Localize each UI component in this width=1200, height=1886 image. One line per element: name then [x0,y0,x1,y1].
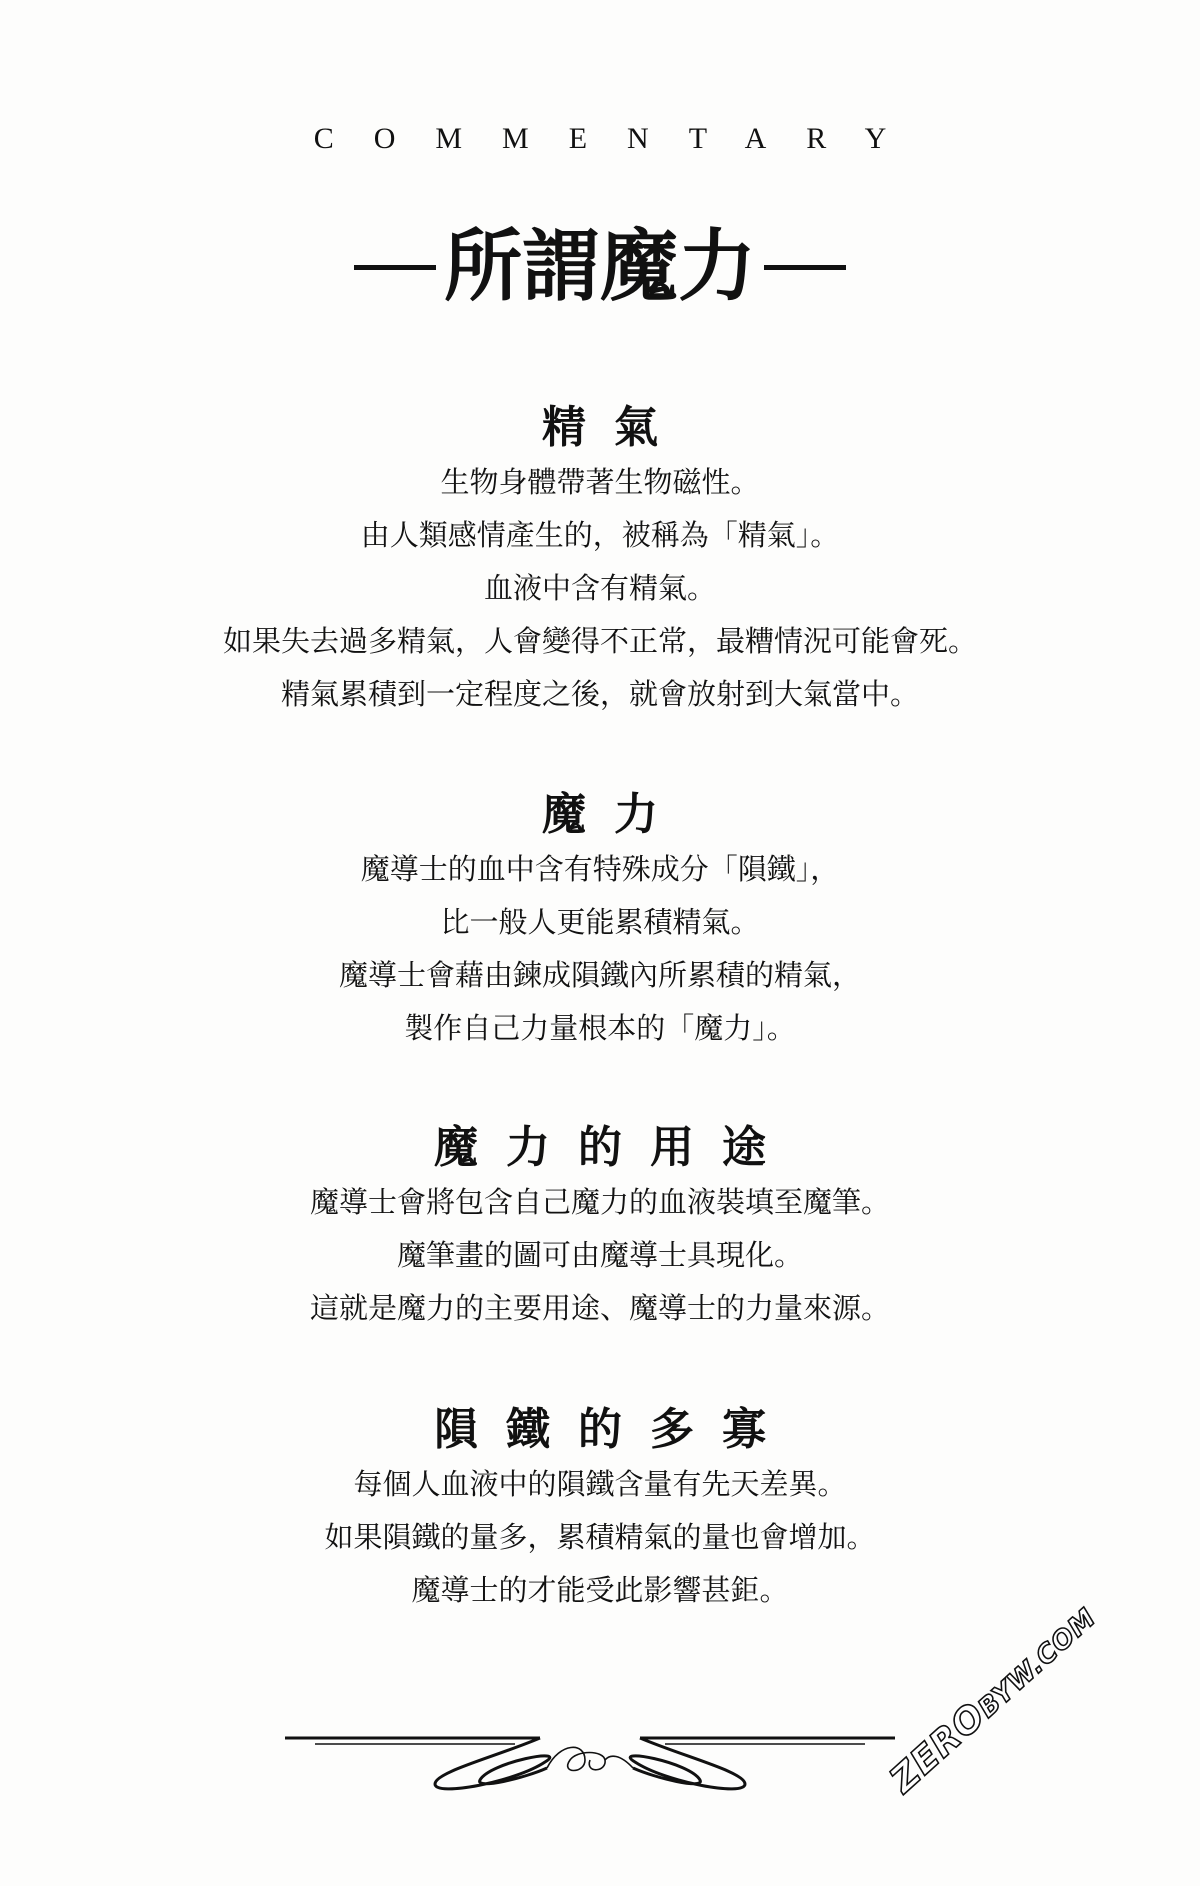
section-line: 製作自己力量根本的「魔力」。 [0,1002,1200,1055]
section-line: 魔導士的才能受此影響甚鉅。 [0,1564,1200,1617]
section-line: 魔導士會將包含自己魔力的血液裝填至魔筆。 [0,1176,1200,1229]
section-line: 如果失去過多精氣，人會變得不正常，最糟情況可能會死。 [0,615,1200,668]
page-title: 所謂魔力 [0,222,1200,312]
section-line: 如果隕鐵的量多，累積精氣的量也會增加。 [0,1511,1200,1564]
section-jingqi: 精氣 生物身體帶著生物磁性。 由人類感情產生的，被稱為「精氣」。 血液中含有精氣… [0,400,1200,721]
section-line: 魔導士會藉由鍊成隕鐵內所累積的精氣， [0,949,1200,1002]
section-line: 這就是魔力的主要用途、魔導士的力量來源。 [0,1282,1200,1335]
section-meteoric-iron: 隕鐵的多寡 每個人血液中的隕鐵含量有先天差異。 如果隕鐵的量多，累積精氣的量也會… [0,1402,1200,1617]
title-dash-left [354,265,436,270]
section-heading: 隕鐵的多寡 [0,1402,1200,1458]
section-heading: 精氣 [0,400,1200,456]
page-title-text: 所謂魔力 [444,222,756,312]
section-line: 魔筆畫的圖可由魔導士具現化。 [0,1229,1200,1282]
watermark: ZEROBYW.COM [883,1596,1104,1801]
watermark-tail: BYW.COM [973,1603,1103,1724]
flourish-divider-icon [285,1712,895,1792]
title-dash-right [764,265,846,270]
section-moli-usage: 魔力的用途 魔導士會將包含自己魔力的血液裝填至魔筆。 魔筆畫的圖可由魔導士具現化… [0,1120,1200,1335]
section-moli: 魔力 魔導士的血中含有特殊成分「隕鐵」， 比一般人更能累積精氣。 魔導士會藉由鍊… [0,787,1200,1055]
section-line: 魔導士的血中含有特殊成分「隕鐵」， [0,843,1200,896]
section-line: 由人類感情產生的，被稱為「精氣」。 [0,509,1200,562]
section-heading: 魔力 [0,787,1200,843]
section-line: 生物身體帶著生物磁性。 [0,456,1200,509]
section-line: 比一般人更能累積精氣。 [0,896,1200,949]
section-line: 精氣累積到一定程度之後，就會放射到大氣當中。 [0,668,1200,721]
watermark-main: ZERO [883,1695,994,1801]
section-heading: 魔力的用途 [0,1120,1200,1176]
commentary-label: COMMENTARY [0,122,1200,156]
section-line: 血液中含有精氣。 [0,562,1200,615]
section-line: 每個人血液中的隕鐵含量有先天差異。 [0,1458,1200,1511]
